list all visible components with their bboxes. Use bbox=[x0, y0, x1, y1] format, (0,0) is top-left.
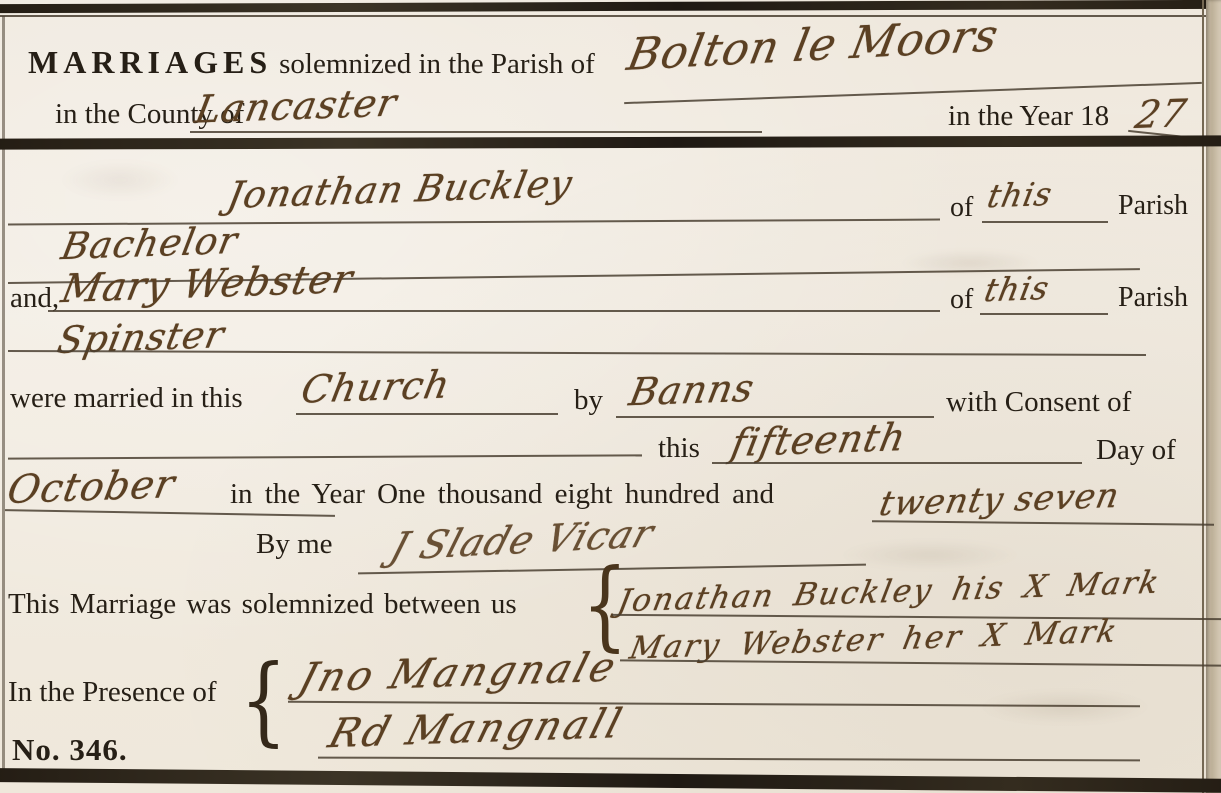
year-words-underline bbox=[872, 520, 1214, 526]
married-in-label: were married in this bbox=[10, 382, 243, 415]
right-page-edge bbox=[1206, 0, 1221, 793]
bride-parish-label: Parish bbox=[1118, 282, 1188, 314]
bride-residence-underline bbox=[980, 313, 1108, 315]
parish-name-handwritten: Bolton le Moors bbox=[628, 20, 998, 71]
bride-of-label: of bbox=[950, 284, 973, 316]
groom-mark-handwritten: Jonathan Buckley his X Mark bbox=[618, 574, 1160, 610]
top-border-thin-rule bbox=[0, 15, 1221, 17]
header-title-line: MARRIAGES solemnized in the Parish of bbox=[28, 44, 595, 81]
solemnized-label: This Marriage was solemnized between us bbox=[8, 588, 517, 621]
year-words-handwritten: twenty seven bbox=[880, 480, 1119, 520]
witness2-underline bbox=[318, 757, 1140, 762]
consent-blank-underline bbox=[8, 454, 642, 459]
top-border-band bbox=[0, 0, 1221, 13]
entry-number: No. 346. bbox=[12, 732, 128, 768]
bride-residence-handwritten: this bbox=[985, 270, 1049, 308]
day-of-label: Day of bbox=[1096, 434, 1176, 467]
county-underline bbox=[190, 131, 762, 133]
consent-label: with Consent of bbox=[946, 386, 1131, 419]
witness2-handwritten: Rd Mangnall bbox=[330, 706, 623, 752]
bride-mark-handwritten: Mary Webster her X Mark bbox=[630, 622, 1118, 658]
day-underline bbox=[712, 462, 1082, 464]
groom-of-label: of bbox=[950, 192, 973, 224]
left-page-edge bbox=[2, 16, 5, 781]
year-label: in the Year 18 bbox=[948, 100, 1109, 133]
groom-name-handwritten: Jonathan Buckley bbox=[228, 168, 572, 211]
bleed-through-smudge bbox=[60, 160, 180, 200]
groom-mark-underline bbox=[612, 614, 1221, 620]
groom-residence-handwritten: this bbox=[988, 176, 1052, 214]
header-title-caps: MARRIAGES bbox=[28, 44, 272, 80]
year-phrase-label: in the Year One thousand eight hundred a… bbox=[230, 478, 774, 511]
right-edge-line bbox=[1202, 0, 1204, 793]
header-divider-band bbox=[0, 135, 1221, 149]
bride-name-underline bbox=[48, 310, 940, 312]
bleed-through-smudge bbox=[840, 540, 1020, 570]
place-underline bbox=[296, 413, 558, 415]
bride-name-handwritten: Mary Webster bbox=[62, 262, 353, 307]
groom-parish-label: Parish bbox=[1118, 190, 1188, 222]
year-handwritten: 27 bbox=[1136, 92, 1186, 136]
witness1-handwritten: Jno Mangnale bbox=[300, 650, 617, 696]
groom-residence-underline bbox=[982, 221, 1108, 223]
county-handwritten: Lancaster bbox=[196, 84, 397, 128]
header-title-rest: solemnized in the Parish of bbox=[279, 48, 595, 80]
by-label: by bbox=[574, 384, 603, 417]
witness-brace: { bbox=[240, 653, 287, 749]
marriage-register-page: MARRIAGES solemnized in the Parish of Bo… bbox=[0, 0, 1221, 793]
groom-condition-handwritten: Bachelor bbox=[62, 222, 238, 265]
month-handwritten: October bbox=[8, 465, 175, 510]
presence-label: In the Presence of bbox=[8, 676, 217, 709]
day-handwritten: fifteenth bbox=[732, 418, 906, 462]
this-label: this bbox=[658, 432, 700, 465]
bottom-border-band bbox=[0, 768, 1221, 793]
place-handwritten: Church bbox=[302, 365, 450, 409]
by-me-label: By me bbox=[256, 528, 333, 561]
parish-underline bbox=[624, 82, 1202, 104]
banns-handwritten: Banns bbox=[630, 368, 754, 412]
